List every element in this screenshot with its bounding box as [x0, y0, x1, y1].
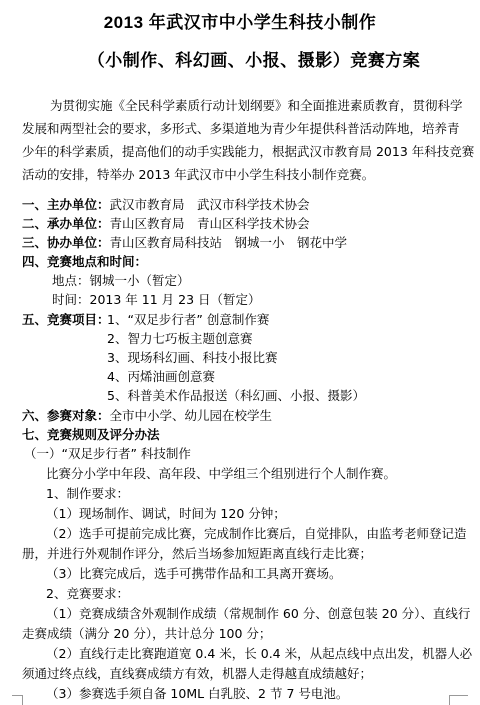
intro-line-1: 为贯彻实施《全民科学素质行动计划纲要》和全面推进素质教育，贯彻科学 [50, 98, 463, 114]
section-label: 二、承办单位： [22, 216, 110, 231]
event-item-5: 5、科普美术作品报送（科幻画、小报、摄影） [107, 388, 365, 404]
section-venue-time-heading: 四、竞赛地点和时间： [22, 254, 147, 270]
document-subtitle: （小制作、科幻画、小报、摄影）竞赛方案 [14, 46, 480, 71]
section-host: 二、承办单位：青山区教育局 青山区科学技术协会 [22, 216, 310, 232]
section-value: 青山区教育局 青山区科学技术协会 [110, 216, 310, 231]
intro-line-2: 发展和两型社会的要求，多形式、多渠道地为青少年提供科普活动阵地，培养青 [22, 121, 460, 137]
rules-line-5: （2）选手可提前完成比赛，完成制作比赛后，自觉排队，由监考老师登记造 [46, 526, 466, 542]
page-corner-mark-right [449, 695, 468, 705]
event-item-1: 1、“双足步行者” 创意制作赛 [107, 312, 269, 328]
rules-line-4: （1）现场制作、调试，时间为 120 分钟； [46, 506, 286, 522]
section-rules-heading: 七、竞赛规则及评分办法 [22, 427, 160, 443]
venue-line: 地点：钢城一小（暂定） [52, 273, 190, 289]
section-value: 武汉市教育局 武汉市科学技术协会 [110, 197, 310, 212]
section-participants: 六、参赛对象：全市中小学、幼儿园在校学生 [22, 408, 272, 424]
section-value: 青山区教育局科技站 钢城一小 钢花中学 [110, 235, 348, 250]
section-value: 全市中小学、幼儿园在校学生 [110, 408, 273, 423]
document-title: 2013 年武汉市中小学生科技小制作 [0, 8, 480, 33]
document-page: 2013 年武汉市中小学生科技小制作 （小制作、科幻画、小报、摄影）竞赛方案 为… [0, 0, 480, 705]
time-line: 时间：2013 年 11 月 23 日（暂定） [52, 292, 261, 308]
section-label: 三、协办单位： [22, 235, 110, 250]
rules-line-7: （3）比赛完成后，选手可携带作品和工具离开赛场。 [46, 566, 341, 582]
event-item-2: 2、智力七巧板主题创意赛 [107, 331, 252, 347]
rules-line-6: 册，并进行外观制作评分，然后当场参加短距离直线行走比赛； [22, 546, 372, 562]
rules-line-3: 1、制作要求： [46, 486, 129, 502]
event-item-4: 4、丙烯油画创意赛 [107, 369, 215, 385]
rules-line-1: （一）“双足步行者” 科技制作 [24, 446, 191, 462]
rules-line-13: （3）参赛选手须自备 10ML 白乳胶、2 节 7 号电池。 [46, 686, 348, 702]
event-item-3: 3、现场科幻画、科技小报比赛 [107, 350, 277, 366]
section-co-organizer: 三、协办单位：青山区教育局科技站 钢城一小 钢花中学 [22, 235, 347, 251]
rules-line-8: 2、竞赛要求： [46, 586, 129, 602]
section-events-heading: 五、竞赛项目： [22, 312, 110, 328]
section-label: 六、参赛对象： [22, 408, 110, 423]
rules-line-12: 须通过终点线，直线赛成绩方有效，机器人走得越直成绩越好； [22, 666, 372, 682]
rules-line-2: 比赛分小学中年段、高年段、中学组三个组别进行个人制作赛。 [46, 466, 396, 482]
intro-line-4: 活动的安排，特举办 2013 年武汉市中小学生科技小制作竞赛。 [22, 167, 374, 183]
rules-line-10: 走赛成绩（满分 20 分），共计总分 100 分； [22, 626, 271, 642]
rules-line-9: （1）竞赛成绩含外观制作成绩（常规制作 60 分、创意包装 20 分）、直线行 [46, 606, 470, 622]
page-corner-mark-left [12, 695, 23, 705]
section-label: 一、主办单位： [22, 197, 110, 212]
rules-line-11: （2）直线行走比赛跑道宽 0.4 米，长 0.4 米，从起点线中点出发，机器人必 [46, 646, 472, 662]
intro-line-3: 少年的科学素质，提高他们的动手实践能力，根据武汉市教育局 2013 年科技竞赛 [22, 144, 474, 160]
section-organizer: 一、主办单位：武汉市教育局 武汉市科学技术协会 [22, 197, 310, 213]
